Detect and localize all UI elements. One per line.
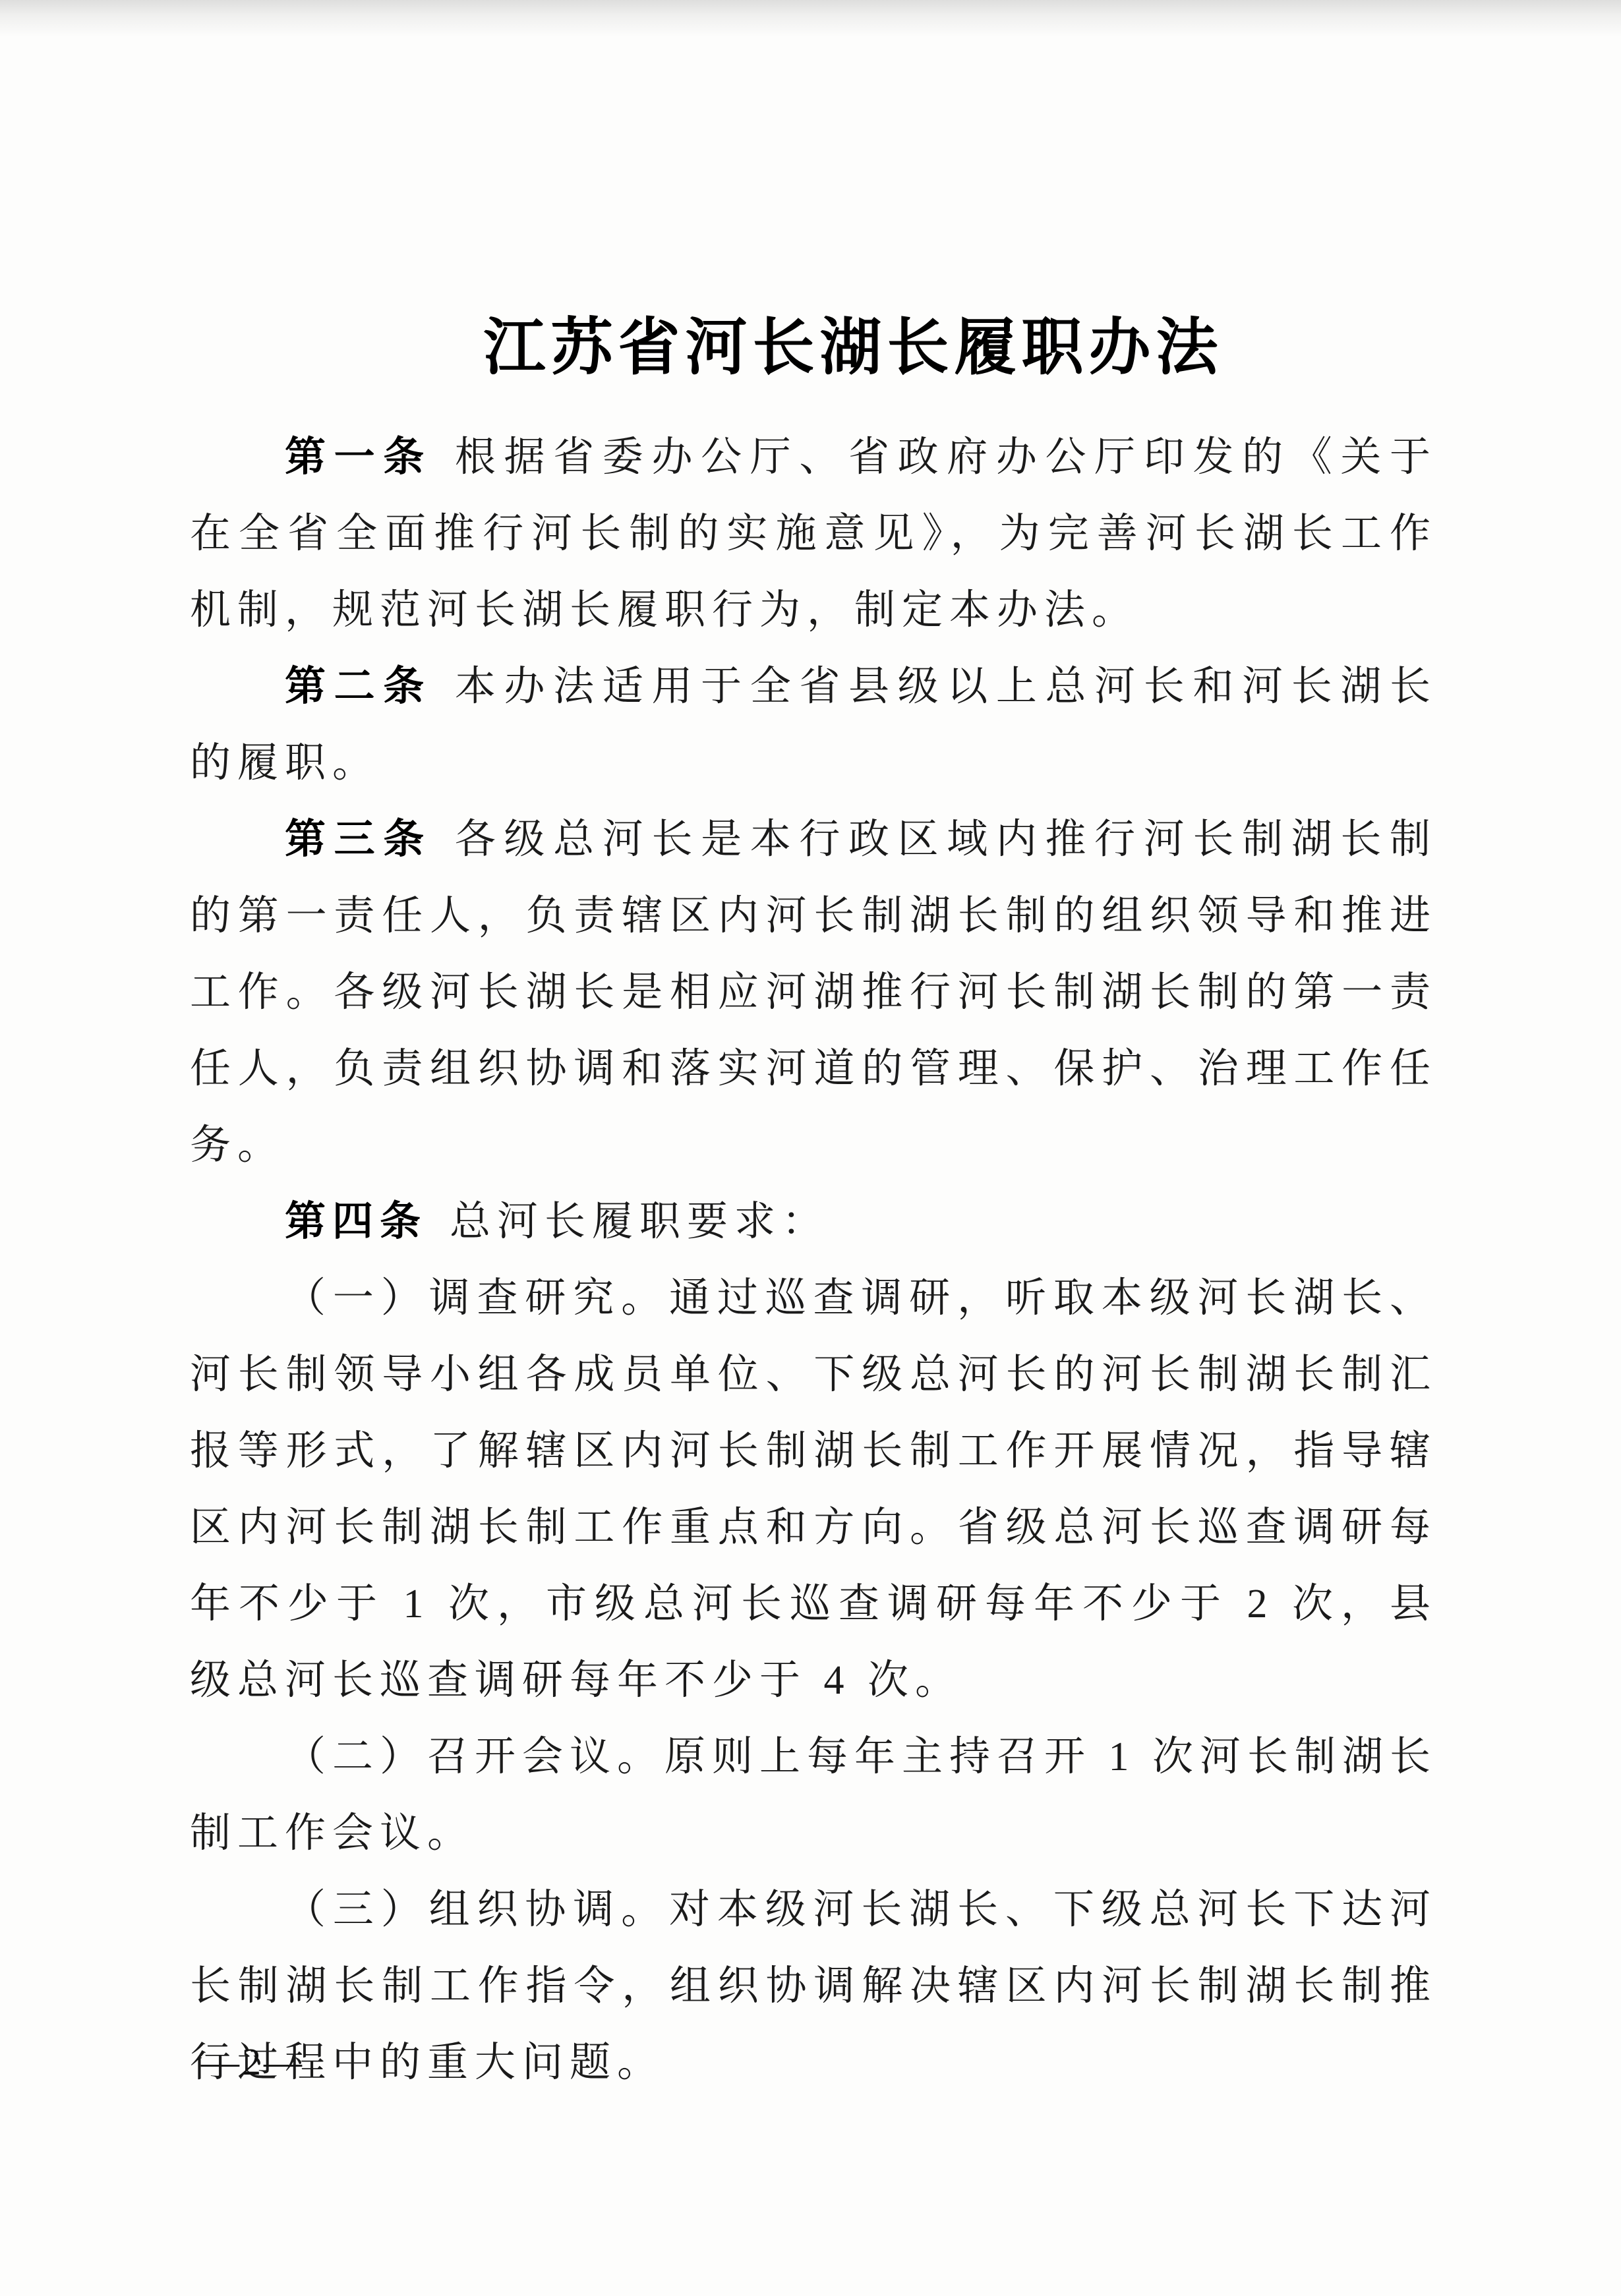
- paragraph: （一）调查研究。通过巡查调研，听取本级河长湖长、河长制领导小组各成员单位、下级总…: [190, 1260, 1437, 1719]
- paragraph-text: （一）调查研究。通过巡查调研，听取本级河长湖长、河长制领导小组各成员单位、下级总…: [190, 1276, 1437, 1703]
- article-label: 第二条: [285, 664, 432, 709]
- paragraph: 第三条各级总河长是本行政区域内推行河长制湖长制的第一责任人，负责辖区内河长制湖长…: [190, 801, 1437, 1184]
- paragraph-text: （二）召开会议。原则上每年主持召开 1 次河长制湖长制工作会议。: [190, 1735, 1437, 1856]
- article-label: 第三条: [285, 817, 432, 862]
- paragraph: 第四条总河长履职要求：: [190, 1184, 1437, 1260]
- document-body: 第一条根据省委办公厅、省政府办公厅印发的《关于在全省全面推行河长制的实施意见》，…: [190, 419, 1437, 2101]
- paragraph-text: 总河长履职要求：: [450, 1199, 829, 1244]
- scan-artifact-top: [0, 0, 1621, 37]
- scanned-document-page: 江苏省河长湖长履职办法 第一条根据省委办公厅、省政府办公厅印发的《关于在全省全面…: [0, 0, 1621, 2296]
- article-label: 第四条: [285, 1199, 427, 1244]
- paragraph-text: 各级总河长是本行政区域内推行河长制湖长制的第一责任人，负责辖区内河长制湖长制的组…: [190, 817, 1437, 1168]
- article-label: 第一条: [285, 434, 432, 480]
- paragraph-text: （三）组织协调。对本级河长湖长、下级总河长下达河长制湖长制工作指令，组织协调解决…: [190, 1887, 1437, 2085]
- paragraph: （三）组织协调。对本级河长湖长、下级总河长下达河长制湖长制工作指令，组织协调解决…: [190, 1872, 1437, 2101]
- paragraph: 第一条根据省委办公厅、省政府办公厅印发的《关于在全省全面推行河长制的实施意见》，…: [190, 419, 1437, 648]
- page-number: —2—: [201, 2040, 305, 2084]
- paragraph: 第二条本办法适用于全省县级以上总河长和河长湖长的履职。: [190, 648, 1437, 801]
- paragraph: （二）召开会议。原则上每年主持召开 1 次河长制湖长制工作会议。: [190, 1719, 1437, 1872]
- page-title: 江苏省河长湖长履职办法: [86, 297, 1621, 386]
